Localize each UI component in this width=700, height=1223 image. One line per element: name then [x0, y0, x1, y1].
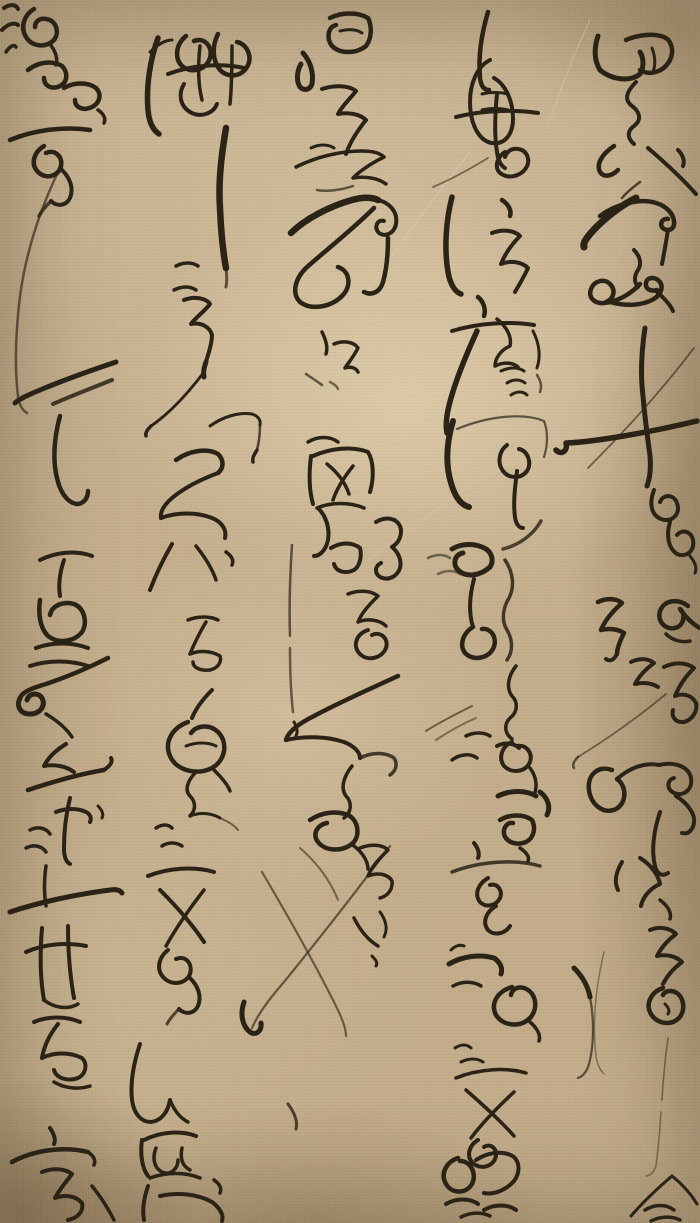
knot-sweep-stroke [28, 770, 104, 790]
char-twenty-stroke [68, 926, 74, 998]
column-5-leftmost [2, 5, 122, 1220]
char-yuan-stroke [314, 508, 329, 556]
column-2-char-not [446, 197, 528, 294]
big-swoosh-stroke [286, 737, 360, 758]
right-sweep-stroke [253, 450, 257, 462]
char-ru-stroke [161, 473, 218, 518]
char-knot-stroke [676, 796, 694, 833]
char-z-small-stroke [631, 659, 658, 687]
column-2-big-hook [574, 968, 593, 1078]
char-palace-stroke [452, 862, 540, 872]
column-4-zigzag-descender [184, 298, 212, 377]
char-loop-knot-stroke [470, 579, 474, 627]
char-wu-stroke [34, 1018, 80, 1023]
char-roof-partial-stroke [631, 1176, 672, 1216]
cross-sweep-stroke [300, 848, 338, 900]
tail-knot-stroke [310, 813, 357, 850]
char-bow-partial-stroke [484, 1206, 516, 1211]
cross-descender-stroke [98, 806, 103, 818]
char-not-stroke [502, 200, 511, 216]
char-twenty-stroke [41, 928, 44, 1000]
column-5-leftmost-char-yu [10, 128, 90, 216]
hairline-left-stroke [594, 952, 604, 1074]
column-2-char-self [433, 12, 538, 187]
column-4-char-dai-partial [143, 1180, 222, 1221]
column-5-leftmost-edge-marks [2, 5, 18, 52]
knot-sweep-stroke [46, 714, 72, 737]
column-2-angle-mark [449, 945, 502, 974]
char-wide-stroke [511, 392, 527, 395]
char-return-stroke [665, 1004, 669, 1014]
char-child-stroke [346, 120, 366, 154]
column-4-char-ru [161, 451, 226, 538]
column-3-center-char-wind [291, 198, 396, 389]
char-z-hook-stroke [606, 654, 617, 660]
char-four-stroke [154, 1148, 178, 1173]
char-ear-stroke [10, 890, 122, 912]
char-child-stroke [311, 145, 334, 148]
column-5-leftmost-char-xuan [12, 1128, 95, 1220]
column-5-leftmost-long-arc [16, 172, 58, 413]
column-3-center-thin-vertical [290, 545, 297, 736]
char-hundred-stroke [329, 14, 371, 53]
char-cross-stroke [556, 421, 697, 452]
char-wind-stroke [334, 342, 358, 372]
char-wind-stroke [322, 332, 327, 354]
char-heavy-stroke [36, 644, 88, 649]
char-z-hook-stroke [598, 599, 624, 654]
char-wide-stroke [501, 368, 524, 371]
char-ru-stroke [176, 451, 223, 473]
char-gate-stroke [500, 445, 530, 477]
column-3-center-char-hundred [297, 14, 370, 90]
edge-marks-stroke [4, 5, 18, 9]
column-1-rightmost-descender-thread [646, 1038, 668, 1176]
char-wide-stroke [446, 331, 477, 433]
char-roof-partial-stroke [672, 1176, 697, 1204]
cross-descender-stroke [56, 809, 91, 822]
char-buddha-stroke [199, 46, 202, 100]
char-mountain-top-stroke [626, 35, 672, 73]
char-feng-stroke [540, 792, 549, 815]
column-5-leftmost-char-heavy [30, 553, 92, 666]
char-loop-knot-stroke [452, 545, 492, 576]
char-xuan-stroke [42, 1169, 82, 1220]
column-3-center-small-five [360, 845, 392, 898]
char-yuan-stroke [428, 555, 450, 558]
loop-pair-stroke [28, 63, 66, 88]
char-loop-knot-stroke [503, 560, 512, 660]
knot-sweep-stroke [104, 758, 112, 770]
edge-marks-stroke [2, 24, 18, 30]
char-self-stroke [433, 158, 488, 187]
eight-marks-stroke [226, 552, 233, 565]
thread-small-stroke [187, 772, 196, 816]
small-heart-stroke [372, 956, 377, 966]
manuscript-page [0, 0, 700, 1223]
column-4-two-dashes [174, 263, 198, 290]
char-bow-partial-stroke [446, 1200, 478, 1205]
char-xuan-stroke [88, 1152, 95, 1165]
column-1-rightmost-alpha-loops [659, 601, 700, 641]
column-2 [426, 12, 593, 1217]
char-gate-stroke [514, 471, 523, 528]
char-gate-stroke [447, 421, 469, 507]
char-heavy-stroke [30, 662, 88, 667]
column-4 [131, 34, 260, 1221]
two-dashes-stroke [174, 287, 196, 290]
column-2-loop-chain [501, 666, 536, 795]
char-mountain-top-stroke [678, 150, 684, 166]
zigzag-bar-stroke [317, 186, 353, 191]
column-2-char-feng [452, 755, 549, 861]
column-1-rightmost [556, 35, 700, 1221]
char-four-stroke [150, 1174, 200, 1179]
small-five-stroke [360, 845, 392, 898]
char-dai-partial-stroke [214, 1180, 221, 1193]
char-ruo-stroke [159, 950, 191, 983]
char-box-stroke [310, 456, 313, 504]
right-sweep-stroke [257, 425, 260, 450]
ring-char-stroke [494, 987, 535, 1024]
big-swoosh-stroke [286, 676, 398, 740]
column-2-char-gate [447, 416, 547, 549]
column-5-leftmost-loop-pair [28, 63, 105, 123]
long-stroke-stroke [219, 128, 226, 268]
two-dashes-stroke [176, 263, 198, 266]
crease-line [548, 20, 590, 126]
char-swirl-stroke [662, 230, 668, 264]
column-2-char-wide [446, 297, 541, 433]
char-hundred-stroke [340, 30, 362, 33]
dots-pair-stroke [156, 825, 172, 828]
char-xuan-stroke [12, 1149, 88, 1162]
thin-vertical-stroke [290, 648, 293, 712]
column-3-center-zigzag-bar [296, 151, 386, 191]
char-wind-stroke [330, 382, 338, 389]
char-ruo-stroke [167, 1009, 179, 1024]
char-wind-stroke [376, 200, 396, 235]
column-4-thread-small [187, 772, 238, 830]
long-stroke-stroke [226, 268, 227, 287]
column-4-eight-marks [150, 544, 233, 590]
alpha-loops-stroke [659, 601, 700, 628]
char-palace-stroke [485, 906, 510, 933]
column-4-char-n-sweep [131, 1044, 188, 1122]
char-not-stroke [446, 197, 461, 294]
char-wide-stroke [537, 375, 541, 392]
thread-zigzag-stroke [356, 630, 387, 658]
loop-pair-stroke [64, 84, 99, 109]
dark-pair-stroke [466, 733, 490, 736]
column-4-char-buddha [147, 34, 249, 134]
column-4-char-ruo [148, 869, 214, 1024]
column-1-rightmost-loops-right [651, 490, 695, 573]
long-diagonal-stroke [146, 426, 151, 436]
loop-chain-stroke [506, 666, 517, 739]
char-box-stroke [308, 438, 338, 443]
big-swoosh-stroke [360, 754, 396, 776]
char-wu-stroke [54, 1082, 90, 1088]
column-5-leftmost-stroke-seven [92, 1186, 114, 1220]
char-feng-stroke [498, 792, 536, 797]
char-ruo-stroke [166, 890, 204, 946]
column-4-char-mother [168, 690, 230, 791]
char-mother-stroke [214, 770, 230, 791]
column-2-tick-pair [455, 1045, 483, 1062]
zigzag-bar-stroke [353, 157, 386, 184]
thread-small-stroke [220, 818, 238, 830]
zigzag-descender-stroke [204, 362, 206, 377]
char-ruo-stroke [148, 869, 214, 876]
column-4-long-diagonal [146, 372, 204, 436]
char-five-stroke [188, 617, 218, 620]
right-sweep-stroke [210, 414, 260, 427]
ring-char-stroke [530, 1022, 540, 1041]
char-xuan-stroke [50, 1128, 55, 1144]
column-2-char-bow-partial [444, 1153, 519, 1217]
loops-right-stroke [690, 556, 696, 573]
char-cross-loop-stroke [456, 1070, 526, 1078]
char-swirl-stroke [590, 281, 640, 303]
alpha-loops-stroke [666, 634, 690, 642]
long-diagonal-stroke [151, 372, 204, 426]
eight-marks-stroke [196, 546, 216, 580]
long-arc-stroke [16, 172, 58, 413]
char-n-sweep-stroke [131, 1044, 170, 1122]
loop-pair-stroke [98, 110, 105, 123]
comma-low-stroke [288, 1104, 297, 1129]
water-marks-stroke [640, 858, 660, 906]
char-four-stroke [181, 1148, 190, 1170]
char-yuan-stroke [331, 544, 361, 573]
char-ear-stroke [30, 828, 50, 834]
edge-marks-stroke [6, 46, 16, 52]
hairline-diagonal-stroke [573, 757, 578, 768]
column-3-center-tail-knot [310, 766, 368, 869]
char-wind-stroke [364, 238, 388, 294]
char-mountain-top-stroke [648, 148, 696, 194]
crease-line [368, 462, 512, 560]
char-knot-stroke [659, 764, 691, 794]
char-twenty-stroke [44, 1000, 78, 1007]
char-palace-stroke [477, 878, 501, 905]
column-1-rightmost-water-marks [616, 858, 671, 919]
char-n-sweep-stroke [170, 1100, 188, 1122]
char-four-stroke [141, 1140, 148, 1176]
column-5-leftmost-spiral [23, 9, 57, 65]
char-child-stroke [322, 86, 366, 120]
column-1-rightmost-char-mountain-top [595, 35, 696, 194]
column-1-rightmost-char-z-small [631, 659, 658, 687]
column-5-leftmost-knot-sweep [18, 658, 111, 790]
spiral-stroke [23, 9, 57, 45]
column-5-leftmost-char-wu [34, 1018, 90, 1089]
char-roof-partial-stroke [645, 1206, 674, 1211]
char-yuan-stroke [376, 519, 401, 579]
column-1-rightmost-char-five-loop [664, 663, 696, 722]
column-3-center-big-swoosh [286, 676, 398, 775]
char-mountain-top-stroke [599, 146, 618, 176]
column-4-dots-pair [156, 825, 182, 846]
char-wide-stroke [495, 319, 518, 367]
char-twenty-stroke [26, 944, 86, 952]
char-wind-stroke [306, 374, 322, 385]
char-loop-knot-stroke [462, 627, 495, 658]
char-ear-stroke [26, 846, 46, 852]
char-feng-stroke [500, 816, 534, 844]
char-return-stroke [650, 928, 682, 984]
column-4-char-five [188, 617, 221, 670]
char-swirl-stroke [634, 250, 640, 287]
char-self-stroke [482, 93, 508, 95]
column-5-leftmost-hook-stroke [54, 416, 88, 504]
char-ru-stroke [161, 514, 225, 539]
double-slash-stroke [426, 706, 472, 731]
char-four-stroke [144, 1133, 196, 1140]
char-mother-stroke [192, 690, 212, 718]
eight-marks-stroke [150, 544, 172, 590]
char-self-stroke [470, 60, 513, 143]
char-mountain-top-stroke [627, 82, 639, 144]
loops-right-stroke [651, 490, 678, 520]
descender-thread-stroke [646, 1112, 661, 1176]
char-box-stroke [317, 504, 364, 509]
zigzag-descender-stroke [184, 298, 212, 362]
column-1-rightmost-hairline-left [594, 952, 604, 1074]
ring-char-stroke [453, 982, 481, 986]
char-wu-stroke [42, 1054, 85, 1080]
char-yuan-stroke [438, 571, 460, 574]
char-mother-stroke [186, 743, 216, 746]
column-5-leftmost-cross-descender [56, 798, 103, 864]
big-hook-stroke [578, 997, 593, 1078]
char-feng-stroke [452, 755, 477, 760]
cross-sweep-stroke [262, 872, 346, 1036]
char-gate-stroke [503, 521, 541, 549]
char-bow-partial-stroke [461, 1213, 490, 1217]
char-heavy-stroke [59, 560, 64, 596]
column-2-ring-char [453, 982, 540, 1041]
stroke-seven-stroke [92, 1186, 114, 1220]
loops-right-stroke [668, 522, 693, 555]
char-knot-stroke [617, 764, 659, 779]
char-buddha-stroke [230, 46, 232, 104]
column-5-leftmost-char-twenty [26, 926, 86, 1007]
angle-mark-stroke [451, 945, 464, 950]
char-not-stroke [492, 231, 528, 292]
column-1-rightmost-char-cross [556, 328, 697, 486]
column-1-rightmost-char-return [649, 928, 684, 1023]
char-dai-partial-stroke [160, 1194, 223, 1221]
char-knot-stroke [653, 812, 668, 875]
column-3-center-char-yuan [314, 508, 460, 579]
tick-pair-stroke [461, 1059, 483, 1062]
column-3-center-char-box [308, 438, 373, 509]
column-4-long-stroke [219, 128, 226, 287]
column-2-char-loop-knot [452, 545, 512, 661]
water-marks-stroke [660, 900, 671, 919]
descender-thread-stroke [662, 1038, 668, 1100]
char-wide-stroke [533, 331, 539, 368]
thread-small-stroke [190, 814, 220, 818]
char-heavy-stroke [40, 553, 92, 560]
char-five-loop-stroke [664, 663, 696, 722]
column-1-rightmost-char-roof-partial [631, 1176, 697, 1221]
column-1-rightmost-hairline-diagonal [573, 694, 666, 768]
loop-chain-stroke [530, 768, 536, 795]
column-1-rightmost-char-z-hook [598, 599, 624, 660]
column-3-center-small-heart [354, 912, 386, 966]
char-heavy-stroke [39, 600, 85, 641]
tick-pair-stroke [455, 1045, 471, 1048]
column-3-center-thread-zigzag [348, 591, 387, 658]
tail-knot-stroke [343, 766, 352, 818]
column-1-rightmost-char-swirl [584, 182, 674, 311]
char-mountain-top-stroke [600, 52, 643, 79]
char-box-stroke [313, 449, 373, 492]
char-self-stroke [479, 12, 489, 90]
big-hook-stroke [574, 968, 590, 997]
column-3-center-comma-low [288, 1104, 297, 1129]
water-marks-stroke [616, 862, 622, 890]
small-heart-stroke [380, 912, 386, 937]
paper-creases [362, 20, 590, 560]
char-five-stroke [190, 622, 206, 654]
char-roof-partial-stroke [651, 1217, 680, 1221]
column-3-center-char-child [311, 86, 366, 154]
char-wide-stroke [507, 380, 525, 383]
hook-stroke-stroke [54, 416, 88, 504]
small-heart-stroke [354, 918, 378, 946]
char-hundred-stroke [297, 53, 312, 89]
column-4-char-four [141, 1133, 200, 1178]
char-mountain-top-stroke [595, 36, 600, 70]
char-palace-stroke [474, 843, 479, 858]
hairline-diagonal-stroke [578, 694, 666, 757]
knot-sweep-stroke [44, 744, 74, 772]
char-yu-stroke [10, 128, 90, 140]
calligraphy-svg [0, 0, 700, 1223]
dots-pair-stroke [162, 843, 182, 846]
thread-zigzag-stroke [348, 591, 386, 626]
char-wide-stroke [478, 297, 485, 316]
char-feng-stroke [520, 848, 529, 861]
column-5-leftmost-double-sweep [15, 362, 116, 404]
char-dai-partial-stroke [143, 1186, 148, 1220]
char-wide-stroke [452, 323, 534, 331]
knot-sweep-stroke [18, 694, 43, 714]
column-3-center [242, 14, 460, 1130]
thin-vertical-stroke [290, 545, 292, 636]
char-five-stroke [190, 652, 221, 671]
char-mountain-top-stroke [652, 48, 655, 72]
angle-mark-stroke [449, 956, 502, 974]
char-swirl-stroke [657, 292, 673, 311]
char-bow-partial-stroke [444, 1158, 474, 1192]
